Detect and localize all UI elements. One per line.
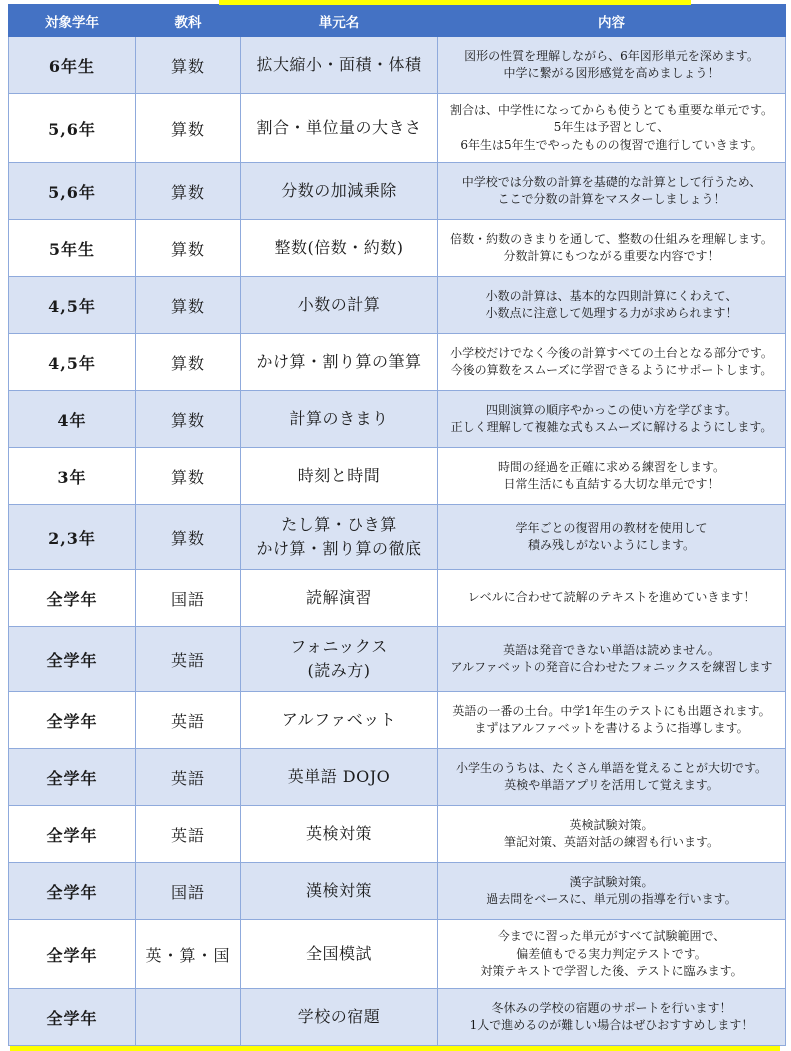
table-row: 3年算数時刻と時間時間の経過を正確に求める練習をします。日常生活にも直結する大切… (9, 448, 786, 505)
cell-desc: レベルに合わせて読解のテキストを進めていきます！ (438, 570, 786, 627)
grade-line: 全学年 (13, 709, 131, 732)
subject-line: 算数 (140, 294, 236, 317)
unit-line: 英単語 DOJO (245, 765, 433, 789)
cell-subject: 算数 (136, 448, 241, 505)
cell-unit: 割合・単位量の大きさ (241, 94, 438, 163)
cell-grade: 全学年 (9, 627, 136, 692)
desc-line: 1人で進めるのが難しい場合はぜひおすすめします！ (442, 1017, 781, 1034)
desc-line: 6年生は5年生でやったものの復習で進行していきます。 (442, 137, 781, 154)
table-row: 6年生算数拡大縮小・面積・体積図形の性質を理解しながら、6年図形単元を深めます。… (9, 37, 786, 94)
grade-line: 全学年 (13, 766, 131, 789)
unit-line: 計算のきまり (245, 407, 433, 431)
cell-unit: 計算のきまり (241, 391, 438, 448)
desc-line: 英語の一番の土台。中学1年生のテストにも出題されます。 (442, 703, 781, 720)
grade-line: 2,3年 (13, 526, 131, 549)
cell-unit: 英単語 DOJO (241, 749, 438, 806)
cell-subject: 英語 (136, 692, 241, 749)
cell-subject: 算数 (136, 220, 241, 277)
grade-line: 5,6年 (13, 180, 131, 203)
desc-line: 倍数・約数のきまりを通して、整数の仕組みを理解します。 (442, 231, 781, 248)
curriculum-table: 対象学年 教科 単元名 内容 6年生算数拡大縮小・面積・体積図形の性質を理解しな… (8, 4, 786, 1046)
unit-line: 漢検対策 (245, 879, 433, 903)
grade-line: 全学年 (13, 587, 131, 610)
unit-line: かけ算・割り算の徹底 (245, 537, 433, 561)
cell-grade: 全学年 (9, 863, 136, 920)
cell-grade: 6年生 (9, 37, 136, 94)
cell-subject: 算数 (136, 37, 241, 94)
cell-subject: 国語 (136, 863, 241, 920)
desc-line: 英検試験対策。 (442, 817, 781, 834)
cell-desc: 小学生のうちは、たくさん単語を覚えることが大切です。英検や単語アプリを活用して覚… (438, 749, 786, 806)
cell-desc: 英語は発音できない単語は読めません。アルファベットの発音に合わせたフォニックスを… (438, 627, 786, 692)
unit-line: 小数の計算 (245, 293, 433, 317)
cell-unit: 拡大縮小・面積・体積 (241, 37, 438, 94)
table-row: 5,6年算数割合・単位量の大きさ割合は、中学性になってからも使うとても重要な単元… (9, 94, 786, 163)
top-highlight-stripe (219, 0, 691, 5)
cell-unit: 漢検対策 (241, 863, 438, 920)
subject-line: 英語 (140, 709, 236, 732)
cell-subject (136, 989, 241, 1046)
subject-line: 算数 (140, 408, 236, 431)
cell-subject: 算数 (136, 505, 241, 570)
unit-line: かけ算・割り算の筆算 (245, 350, 433, 374)
cell-subject: 英・算・国 (136, 920, 241, 989)
desc-line: 積み残しがないようにします。 (442, 537, 781, 554)
cell-unit: 全国模試 (241, 920, 438, 989)
table-row: 全学年英語英検対策英検試験対策。筆記対策、英語対話の練習も行います。 (9, 806, 786, 863)
cell-subject: 算数 (136, 163, 241, 220)
table-row: 4,5年算数小数の計算小数の計算は、基本的な四則計算にくわえて、小数点に注意して… (9, 277, 786, 334)
unit-line: 全国模試 (245, 942, 433, 966)
unit-line: 拡大縮小・面積・体積 (245, 53, 433, 77)
cell-unit: かけ算・割り算の筆算 (241, 334, 438, 391)
desc-line: 小数の計算は、基本的な四則計算にくわえて、 (442, 288, 781, 305)
subject-line: 英・算・国 (140, 943, 236, 966)
cell-desc: 図形の性質を理解しながら、6年図形単元を深めます。中学に繋がる図形感覚を高めまし… (438, 37, 786, 94)
desc-line: 分数計算にもつながる重要な内容です！ (442, 248, 781, 265)
cell-unit: 英検対策 (241, 806, 438, 863)
grade-line: 5年生 (13, 237, 131, 260)
cell-grade: 5,6年 (9, 163, 136, 220)
header-cell-subject: 教科 (136, 5, 241, 37)
desc-line: 図形の性質を理解しながら、6年図形単元を深めます。 (442, 48, 781, 65)
table-row: 4,5年算数かけ算・割り算の筆算小学校だけでなく今後の計算すべての土台となる部分… (9, 334, 786, 391)
cell-unit: たし算・ひき算かけ算・割り算の徹底 (241, 505, 438, 570)
unit-line: 分数の加減乗除 (245, 179, 433, 203)
desc-line: 筆記対策、英語対話の練習も行います。 (442, 834, 781, 851)
cell-desc: 四則演算の順序やかっこの使い方を学びます。正しく理解して複雑な式もスムーズに解け… (438, 391, 786, 448)
unit-line: 割合・単位量の大きさ (245, 116, 433, 140)
unit-line: たし算・ひき算 (245, 513, 433, 537)
cell-grade: 4,5年 (9, 277, 136, 334)
table-row: 2,3年算数たし算・ひき算かけ算・割り算の徹底学年ごとの復習用の教材を使用して積… (9, 505, 786, 570)
cell-desc: 冬休みの学校の宿題のサポートを行います！1人で進めるのが難しい場合はぜひおすすめ… (438, 989, 786, 1046)
subject-line: 英語 (140, 766, 236, 789)
cell-desc: 時間の経過を正確に求める練習をします。日常生活にも直結する大切な単元です！ (438, 448, 786, 505)
desc-line: 偏差値もでる実力判定テストです。 (442, 946, 781, 963)
table-row: 4年算数計算のきまり四則演算の順序やかっこの使い方を学びます。正しく理解して複雑… (9, 391, 786, 448)
desc-line: 小学校だけでなく今後の計算すべての土台となる部分です。 (442, 345, 781, 362)
cell-unit: 読解演習 (241, 570, 438, 627)
cell-desc: 今までに習った単元がすべて試験範囲で、偏差値もでる実力判定テストです。対策テキス… (438, 920, 786, 989)
cell-grade: 3年 (9, 448, 136, 505)
desc-line: 四則演算の順序やかっこの使い方を学びます。 (442, 402, 781, 419)
grade-line: 4,5年 (13, 294, 131, 317)
cell-unit: 小数の計算 (241, 277, 438, 334)
header-cell-unit: 単元名 (241, 5, 438, 37)
subject-line: 国語 (140, 587, 236, 610)
desc-line: 日常生活にも直結する大切な単元です！ (442, 476, 781, 493)
table-row: 全学年英語アルファベット英語の一番の土台。中学1年生のテストにも出題されます。ま… (9, 692, 786, 749)
desc-line: 中学に繋がる図形感覚を高めましょう！ (442, 65, 781, 82)
page-root: 対象学年 教科 単元名 内容 6年生算数拡大縮小・面積・体積図形の性質を理解しな… (0, 0, 791, 1051)
desc-line: 過去問をベースに、単元別の指導を行います。 (442, 891, 781, 908)
table-body: 6年生算数拡大縮小・面積・体積図形の性質を理解しながら、6年図形単元を深めます。… (9, 37, 786, 1046)
subject-line: 英語 (140, 823, 236, 846)
table-row: 全学年国語漢検対策漢字試験対策。過去問をベースに、単元別の指導を行います。 (9, 863, 786, 920)
desc-line: 対策テキストで学習した後、テストに臨みます。 (442, 963, 781, 980)
cell-desc: 英語の一番の土台。中学1年生のテストにも出題されます。まずはアルファベットを書け… (438, 692, 786, 749)
grade-line: 全学年 (13, 880, 131, 903)
cell-subject: 英語 (136, 806, 241, 863)
desc-line: まずはアルファベットを書けるように指導します。 (442, 720, 781, 737)
cell-unit: 整数(倍数・約数) (241, 220, 438, 277)
grade-line: 全学年 (13, 1006, 131, 1029)
subject-line: 算数 (140, 117, 236, 140)
desc-line: 小学生のうちは、たくさん単語を覚えることが大切です。 (442, 760, 781, 777)
cell-subject: 国語 (136, 570, 241, 627)
desc-line: 小数点に注意して処理する力が求められます！ (442, 305, 781, 322)
cell-grade: 全学年 (9, 920, 136, 989)
cell-grade: 全学年 (9, 749, 136, 806)
cell-subject: 算数 (136, 277, 241, 334)
subject-line: 算数 (140, 180, 236, 203)
desc-line: 英語は発音できない単語は読めません。 (442, 642, 781, 659)
cell-grade: 5,6年 (9, 94, 136, 163)
subject-line: 国語 (140, 880, 236, 903)
cell-grade: 全学年 (9, 989, 136, 1046)
subject-line: 英語 (140, 648, 236, 671)
unit-line: 読解演習 (245, 586, 433, 610)
desc-line: 中学校では分数の計算を基礎的な計算として行うため、 (442, 174, 781, 191)
cell-grade: 5年生 (9, 220, 136, 277)
grade-line: 全学年 (13, 823, 131, 846)
grade-line: 全学年 (13, 648, 131, 671)
desc-line: ここで分数の計算をマスターしましょう！ (442, 191, 781, 208)
cell-unit: 分数の加減乗除 (241, 163, 438, 220)
cell-desc: 割合は、中学性になってからも使うとても重要な単元です。5年生は予習として、6年生… (438, 94, 786, 163)
table-row: 5年生算数整数(倍数・約数)倍数・約数のきまりを通して、整数の仕組みを理解します… (9, 220, 786, 277)
cell-desc: 漢字試験対策。過去問をベースに、単元別の指導を行います。 (438, 863, 786, 920)
table-row: 全学年英・算・国全国模試今までに習った単元がすべて試験範囲で、偏差値もでる実力判… (9, 920, 786, 989)
cell-desc: 英検試験対策。筆記対策、英語対話の練習も行います。 (438, 806, 786, 863)
unit-line: 時刻と時間 (245, 464, 433, 488)
subject-line: 算数 (140, 237, 236, 260)
table-row: 5,6年算数分数の加減乗除中学校では分数の計算を基礎的な計算として行うため、ここ… (9, 163, 786, 220)
table-row: 全学年国語読解演習レベルに合わせて読解のテキストを進めていきます！ (9, 570, 786, 627)
grade-line: 4年 (13, 408, 131, 431)
header-cell-description: 内容 (438, 5, 786, 37)
desc-line: 漢字試験対策。 (442, 874, 781, 891)
desc-line: 時間の経過を正確に求める練習をします。 (442, 459, 781, 476)
cell-subject: 算数 (136, 94, 241, 163)
desc-line: 今後の算数をスムーズに学習できるようにサポートします。 (442, 362, 781, 379)
cell-subject: 算数 (136, 391, 241, 448)
subject-line: 算数 (140, 351, 236, 374)
unit-line: 学校の宿題 (245, 1005, 433, 1029)
cell-grade: 4年 (9, 391, 136, 448)
cell-unit: 時刻と時間 (241, 448, 438, 505)
table-row: 全学年英語英単語 DOJO小学生のうちは、たくさん単語を覚えることが大切です。英… (9, 749, 786, 806)
unit-line: アルファベット (245, 708, 433, 732)
grade-line: 5,6年 (13, 117, 131, 140)
table-header-row: 対象学年 教科 単元名 内容 (9, 5, 786, 37)
table-row: 全学年学校の宿題冬休みの学校の宿題のサポートを行います！1人で進めるのが難しい場… (9, 989, 786, 1046)
header-cell-grade: 対象学年 (9, 5, 136, 37)
unit-line: 整数(倍数・約数) (245, 236, 433, 260)
cell-grade: 2,3年 (9, 505, 136, 570)
desc-line: 5年生は予習として、 (442, 119, 781, 136)
cell-desc: 中学校では分数の計算を基礎的な計算として行うため、ここで分数の計算をマスターしま… (438, 163, 786, 220)
unit-line: (読み方) (245, 659, 433, 683)
cell-desc: 学年ごとの復習用の教材を使用して積み残しがないようにします。 (438, 505, 786, 570)
desc-line: 学年ごとの復習用の教材を使用して (442, 520, 781, 537)
grade-line: 全学年 (13, 943, 131, 966)
grade-line: 6年生 (13, 54, 131, 77)
cell-grade: 全学年 (9, 570, 136, 627)
cell-grade: 全学年 (9, 806, 136, 863)
cell-subject: 算数 (136, 334, 241, 391)
cell-unit: フォニックス(読み方) (241, 627, 438, 692)
subject-line: 算数 (140, 465, 236, 488)
grade-line: 3年 (13, 465, 131, 488)
grade-line: 4,5年 (13, 351, 131, 374)
unit-line: フォニックス (245, 635, 433, 659)
cell-subject: 英語 (136, 627, 241, 692)
desc-line: アルファベットの発音に合わせたフォニックスを練習します (442, 659, 781, 676)
desc-line: 正しく理解して複雑な式もスムーズに解けるようにします。 (442, 419, 781, 436)
table-row: 全学年英語フォニックス(読み方)英語は発音できない単語は読めません。アルファベッ… (9, 627, 786, 692)
desc-line: レベルに合わせて読解のテキストを進めていきます！ (442, 589, 781, 606)
cell-desc: 小数の計算は、基本的な四則計算にくわえて、小数点に注意して処理する力が求められま… (438, 277, 786, 334)
cell-unit: アルファベット (241, 692, 438, 749)
desc-line: 英検や単語アプリを活用して覚えます。 (442, 777, 781, 794)
cell-subject: 英語 (136, 749, 241, 806)
cell-desc: 小学校だけでなく今後の計算すべての土台となる部分です。今後の算数をスムーズに学習… (438, 334, 786, 391)
subject-line: 算数 (140, 54, 236, 77)
desc-line: 冬休みの学校の宿題のサポートを行います！ (442, 1000, 781, 1017)
cell-grade: 全学年 (9, 692, 136, 749)
cell-unit: 学校の宿題 (241, 989, 438, 1046)
cell-grade: 4,5年 (9, 334, 136, 391)
subject-line: 算数 (140, 526, 236, 549)
cell-desc: 倍数・約数のきまりを通して、整数の仕組みを理解します。分数計算にもつながる重要な… (438, 220, 786, 277)
bottom-highlight-stripe (10, 1046, 780, 1051)
unit-line: 英検対策 (245, 822, 433, 846)
desc-line: 今までに習った単元がすべて試験範囲で、 (442, 928, 781, 945)
desc-line: 割合は、中学性になってからも使うとても重要な単元です。 (442, 102, 781, 119)
